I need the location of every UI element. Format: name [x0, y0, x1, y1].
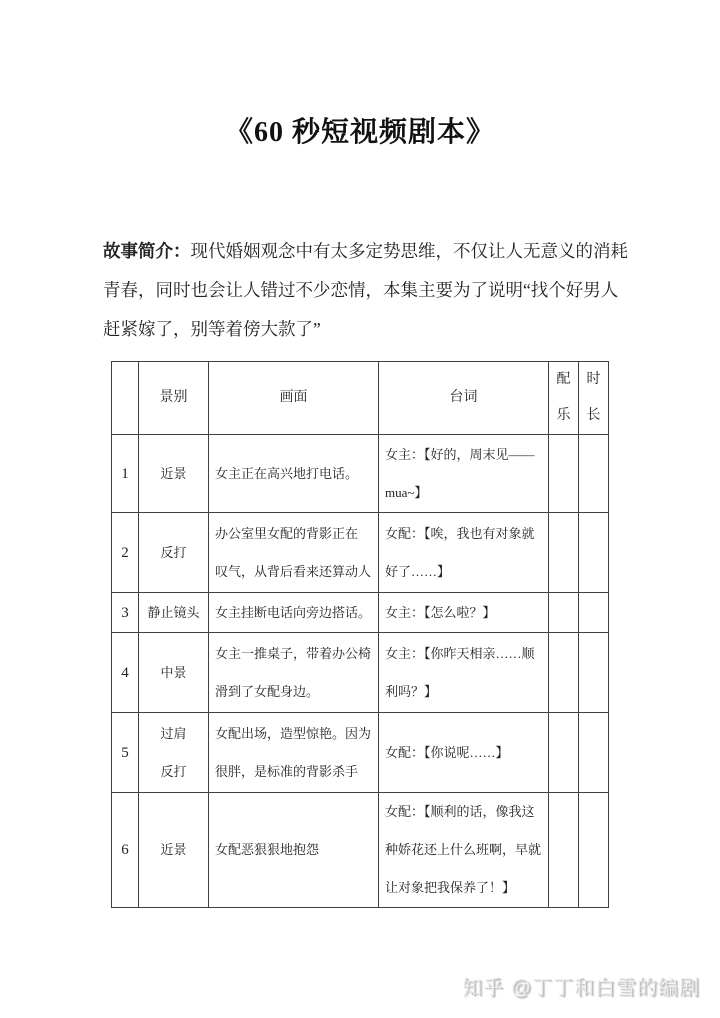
- music-cell: [549, 593, 579, 633]
- music-cell: [549, 633, 579, 713]
- dialogue-cell: 女配：【你说呢……】: [379, 713, 549, 793]
- zhihu-watermark: 知乎 @丁丁和白雪的编剧: [462, 971, 700, 1000]
- col-header-duration: 时长: [579, 362, 609, 435]
- row-number-cell: 2: [112, 513, 139, 593]
- row-number-cell: 3: [112, 593, 139, 633]
- synopsis-label: 故事简介：: [103, 241, 191, 261]
- script-table: 景别 画面 台词 配乐 时长 1近景女主正在高兴地打电话。女主：【好的，周末见—…: [111, 361, 609, 908]
- visual-cell: 办公室里女配的背影正在 叹气，从背后看来还算动人: [209, 513, 379, 593]
- music-cell: [549, 713, 579, 793]
- music-cell: [549, 793, 579, 908]
- table-row: 3静止镜头女主挂断电话向旁边搭话。女主：【怎么啦？】: [112, 593, 609, 633]
- duration-cell: [579, 713, 609, 793]
- duration-cell: [579, 435, 609, 513]
- scene-type-cell: 近景: [139, 435, 209, 513]
- row-number-cell: 6: [112, 793, 139, 908]
- col-header-number: [112, 362, 139, 435]
- table-row: 1近景女主正在高兴地打电话。女主：【好的，周末见—— mua~】: [112, 435, 609, 513]
- duration-cell: [579, 633, 609, 713]
- row-number-cell: 4: [112, 633, 139, 713]
- visual-cell: 女配出场，造型惊艳。因为 很胖，是标准的背影杀手: [209, 713, 379, 793]
- table-row: 2反打办公室里女配的背影正在 叹气，从背后看来还算动人女配：【唉，我也有对象就 …: [112, 513, 609, 593]
- col-header-visual: 画面: [209, 362, 379, 435]
- header-row: 景别 画面 台词 配乐 时长: [112, 362, 609, 435]
- script-table-body: 1近景女主正在高兴地打电话。女主：【好的，周末见—— mua~】2反打办公室里女…: [112, 435, 609, 908]
- scene-type-cell: 近景: [139, 793, 209, 908]
- dialogue-cell: 女主：【你昨天相亲……顺 利吗？】: [379, 633, 549, 713]
- music-cell: [549, 513, 579, 593]
- col-header-dialogue: 台词: [379, 362, 549, 435]
- visual-cell: 女主正在高兴地打电话。: [209, 435, 379, 513]
- scene-type-cell: 反打: [139, 513, 209, 593]
- synopsis-paragraph: 故事简介：现代婚姻观念中有太多定势思维，不仅让人无意义的消耗 青春，同时也会让人…: [103, 232, 648, 349]
- scene-type-cell: 静止镜头: [139, 593, 209, 633]
- dialogue-cell: 女配：【唉，我也有对象就 好了……】: [379, 513, 549, 593]
- dialogue-cell: 女主：【怎么啦？】: [379, 593, 549, 633]
- scene-type-cell: 中景: [139, 633, 209, 713]
- row-number-cell: 5: [112, 713, 139, 793]
- col-header-music: 配乐: [549, 362, 579, 435]
- duration-cell: [579, 593, 609, 633]
- dialogue-cell: 女主：【好的，周末见—— mua~】: [379, 435, 549, 513]
- table-row: 5过肩 反打女配出场，造型惊艳。因为 很胖，是标准的背影杀手女配：【你说呢……】: [112, 713, 609, 793]
- col-header-scene-type: 景别: [139, 362, 209, 435]
- table-row: 6近景女配恶狠狠地抱怨女配：【顺利的话，像我这 种娇花还上什么班啊，早就 让对象…: [112, 793, 609, 908]
- scene-type-cell: 过肩 反打: [139, 713, 209, 793]
- script-table-header: 景别 画面 台词 配乐 时长: [112, 362, 609, 435]
- visual-cell: 女主一推桌子，带着办公椅 滑到了女配身边。: [209, 633, 379, 713]
- row-number-cell: 1: [112, 435, 139, 513]
- visual-cell: 女配恶狠狠地抱怨: [209, 793, 379, 908]
- duration-cell: [579, 793, 609, 908]
- table-row: 4中景女主一推桌子，带着办公椅 滑到了女配身边。女主：【你昨天相亲……顺 利吗？…: [112, 633, 609, 713]
- page-title: 《60 秒短视频剧本》: [0, 110, 720, 150]
- music-cell: [549, 435, 579, 513]
- duration-cell: [579, 513, 609, 593]
- visual-cell: 女主挂断电话向旁边搭话。: [209, 593, 379, 633]
- dialogue-cell: 女配：【顺利的话，像我这 种娇花还上什么班啊，早就 让对象把我保养了！】: [379, 793, 549, 908]
